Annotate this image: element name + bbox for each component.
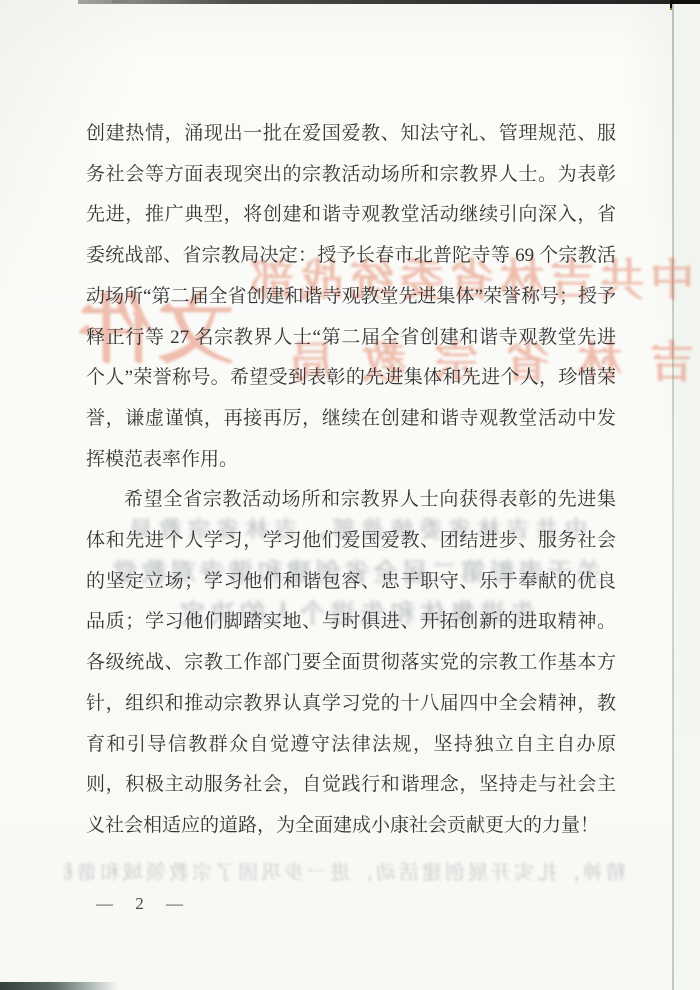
paragraph-2: 希望全省宗教活动场所和宗教界人士向获得表彰的先进集体和先进个人学习，学习他们爱国… bbox=[86, 480, 616, 846]
scan-right-edge-shade bbox=[674, 4, 700, 990]
scan-bottom-left-shadow bbox=[0, 982, 118, 990]
scan-top-edge-shadow bbox=[78, 0, 700, 4]
scan-right-edge-line bbox=[672, 4, 674, 990]
bleedthrough-footer-line: 精神，扎实开展创建活动，进一步巩固了宗教领域和谐稳定 bbox=[64, 856, 626, 885]
scan-top-smudge bbox=[112, 0, 128, 3]
document-body-text: 创建热情，涌现出一批在爱国爱教、知法守礼、管理规范、服务社会等方面表现突出的宗教… bbox=[86, 114, 616, 847]
scanned-document-page: 中共吉林省委统战部 吉林省宗教局 文件 中共吉林省委统战部、吉林省宗教局 关于表… bbox=[0, 0, 700, 990]
page-number: — 2 — bbox=[96, 894, 192, 914]
paragraph-1: 创建热情，涌现出一批在爱国爱教、知法守礼、管理规范、服务社会等方面表现突出的宗教… bbox=[86, 114, 616, 480]
